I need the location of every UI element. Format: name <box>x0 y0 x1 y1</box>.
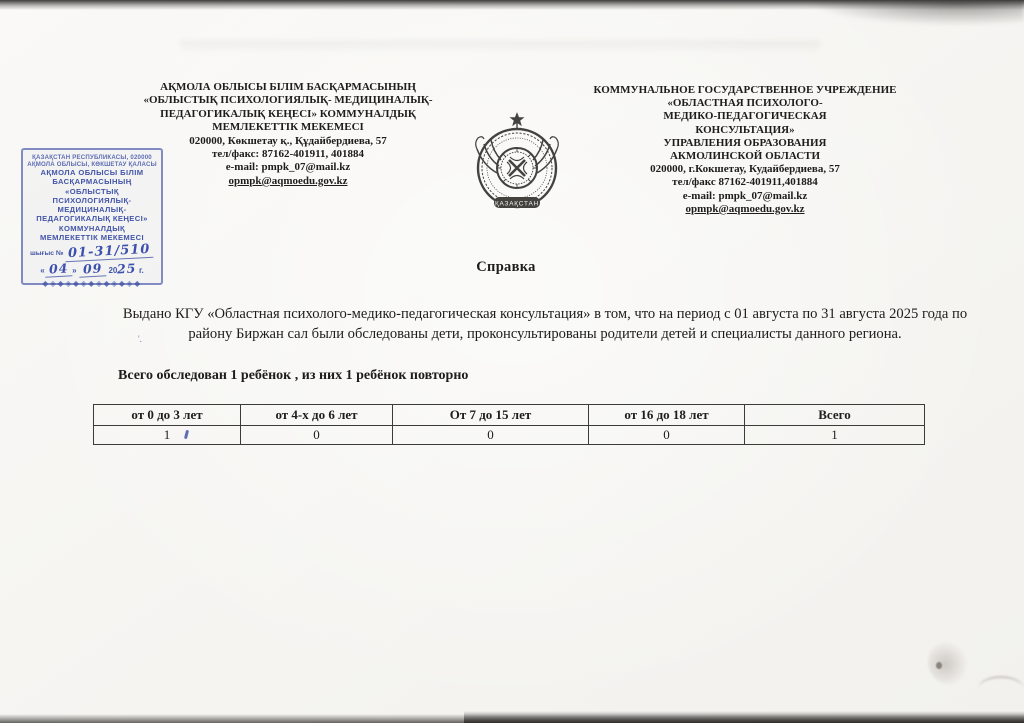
stamp-line: МЕМЛЕКЕТТІК МЕКЕМЕСІ <box>25 233 159 242</box>
summary-line: Всего обследован 1 ребёнок , из них 1 ре… <box>118 368 468 384</box>
org-phone-line: тел/факс: 87162-401911, 401884 <box>128 148 448 161</box>
stamp-line: БАСҚАРМАСЫНЫҢ «ОБЛЫСТЫҚ <box>25 177 159 196</box>
org-address-line: 020000, Көкшетау қ., Құдайбердиева, 57 <box>128 135 448 148</box>
stamp-outgoing-number: шығыс № 01-31/510 <box>25 244 159 260</box>
value-7-15: 0 <box>393 426 589 445</box>
value-total: 1 <box>745 426 925 445</box>
org-address-line: 020000, г.Кокшетау, Кудайбердиева, 57 <box>583 163 907 176</box>
stamp-line: ҚАЗАҚСТАН РЕСПУБЛИКАСЫ, 020000 <box>25 154 159 161</box>
org-email-line: e-mail: pmpk_07@mail.kz <box>128 161 448 174</box>
org-name-line: АКМОЛИНСКОЙ ОБЛАСТИ <box>583 150 907 163</box>
org-email-underlined: opmpk@aqmoedu.gov.kz <box>583 203 907 216</box>
stamp-line: АҚМОЛА ОБЛЫСЫ, КӨКШЕТАУ ҚАЛАСЫ <box>25 161 159 168</box>
document-title: Справка <box>0 259 1012 276</box>
kazakhstan-emblem-icon: ҚАЗАҚСТАН <box>466 111 568 221</box>
letterhead-kazakh: АҚМОЛА ОБЛЫСЫ БІЛІМ БАСҚАРМАСЫНЫҢ «ОБЛЫС… <box>128 81 448 188</box>
org-name-line: АҚМОЛА ОБЛЫСЫ БІЛІМ БАСҚАРМАСЫНЫҢ <box>128 81 448 94</box>
scan-edge-top-right <box>804 0 1024 26</box>
stamp-line: ПЕДАГОГИКАЛЫҚ КЕҢЕСІ» <box>25 214 159 223</box>
org-phone-line: тел/факс 87162-401911,401884 <box>583 176 907 189</box>
emblem-label: ҚАЗАҚСТАН <box>495 200 539 207</box>
value-4-6: 0 <box>241 426 393 445</box>
letterhead-russian: КОММУНАЛЬНОЕ ГОСУДАРСТВЕННОЕ УЧРЕЖДЕНИЕ … <box>583 84 907 216</box>
org-name-line: МЕДИКО-ПЕДАГОГИЧЕСКАЯ <box>583 110 907 123</box>
cell-value: 1 <box>164 427 171 442</box>
body-line: Выдано КГУ «Областная психолого-медико-п… <box>110 304 980 324</box>
scan-streak <box>180 40 820 54</box>
smudge-mark <box>928 640 970 684</box>
pen-mark-artifact <box>183 430 188 439</box>
value-0-3: 1 <box>94 426 241 445</box>
body-line: району Биржан сал были обследованы дети,… <box>110 324 980 344</box>
body-paragraph: Выдано КГУ «Областная психолого-медико-п… <box>110 304 980 344</box>
stamp-line: АҚМОЛА ОБЛЫСЫ БІЛІМ <box>25 168 159 177</box>
column-header-16-18: от 16 до 18 лет <box>589 405 745 426</box>
stamp-line: ПСИХОЛОГИЯЛЫҚ- <box>25 196 159 205</box>
table-header-row: от 0 до 3 лет от 4-х до 6 лет От 7 до 15… <box>94 405 925 426</box>
smudge-mark <box>936 662 942 669</box>
org-email-line: e-mail: pmpk_07@mail.kz <box>583 190 907 203</box>
column-header-total: Всего <box>745 405 925 426</box>
org-name-line: КОНСУЛЬТАЦИЯ» <box>583 124 907 137</box>
stamp-line: КОММУНАЛДЫҚ <box>25 224 159 233</box>
org-name-line: УПРАВЛЕНИЯ ОБРАЗОВАНИЯ <box>583 137 907 150</box>
table-value-row: 1 0 0 0 1 <box>94 426 925 445</box>
org-email-underlined: opmpk@aqmoedu.gov.kz <box>128 175 448 188</box>
stamp-ornament-border: ◆◈◆◈◆◈◆◈◆◈◆◈◆ <box>25 279 159 288</box>
org-name-line: «ОБЛАСТНАЯ ПСИХОЛОГО- <box>583 97 907 110</box>
smudge-mark <box>978 676 1024 702</box>
scan-edge-bottom-right <box>464 711 1024 723</box>
stamp-line: МЕДИЦИНАЛЫҚ- <box>25 205 159 214</box>
org-name-line: МЕМЛЕКЕТТІК МЕКЕМЕСІ <box>128 121 448 134</box>
org-name-line: «ОБЛЫСТЫҚ ПСИХОЛОГИЯЛЫҚ- МЕДИЦИНАЛЫҚ- <box>128 94 448 107</box>
column-header-7-15: От 7 до 15 лет <box>393 405 589 426</box>
column-header-4-6: от 4-х до 6 лет <box>241 405 393 426</box>
stamp-reg-label: шығыс № <box>30 250 63 257</box>
value-16-18: 0 <box>589 426 745 445</box>
org-name-line: КОММУНАЛЬНОЕ ГОСУДАРСТВЕННОЕ УЧРЕЖДЕНИЕ <box>583 84 907 97</box>
org-name-line: ПЕДАГОГИКАЛЫҚ КЕҢЕСІ» КОММУНАЛДЫҚ <box>128 108 448 121</box>
age-statistics-table: от 0 до 3 лет от 4-х до 6 лет От 7 до 15… <box>93 404 925 445</box>
column-header-0-3: от 0 до 3 лет <box>94 405 241 426</box>
pen-dot-artifact: '. <box>138 334 142 340</box>
scanned-document-page: АҚМОЛА ОБЛЫСЫ БІЛІМ БАСҚАРМАСЫНЫҢ «ОБЛЫС… <box>0 0 1024 723</box>
